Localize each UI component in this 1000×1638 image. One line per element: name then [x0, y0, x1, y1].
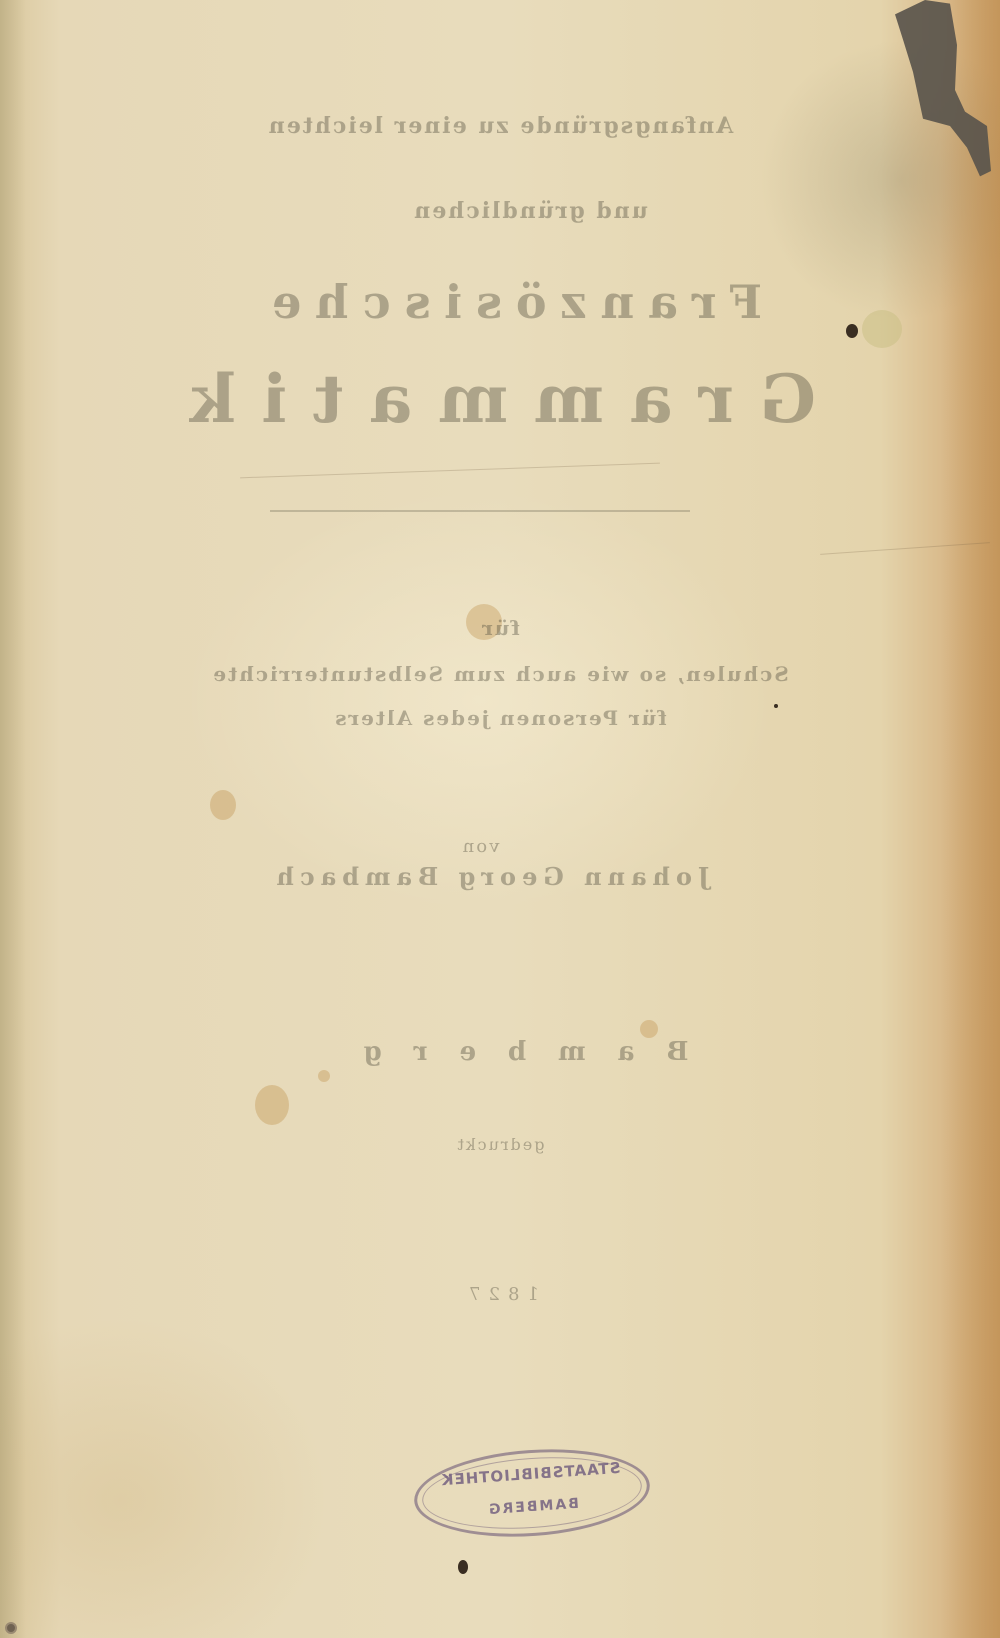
library-stamp: STAATSBIBLIOTHEK BAMBERG: [411, 1442, 652, 1544]
foxing-stain: [210, 790, 236, 820]
bleed-through-author: Johann Georg Bambach: [0, 862, 990, 891]
bleed-through-line-3: für: [0, 616, 1000, 640]
bleed-through-line-5: für Personen jedes Alters: [0, 706, 1000, 730]
bleed-through-title-line-1: Französische: [10, 275, 1000, 329]
foxing-stain: [255, 1085, 289, 1125]
bleed-through-line-2: und gründlichen: [30, 198, 1000, 224]
page-right-edge-discoloration: [940, 0, 1000, 1638]
bleed-through-year: 1827: [0, 1284, 1000, 1305]
scanned-page: Anfangsgründe zu einer leichten und grün…: [0, 0, 1000, 1638]
bleed-through-von: von: [0, 836, 980, 857]
corner-circle-mark: [5, 1622, 17, 1634]
ink-spot: [458, 1560, 468, 1574]
bleed-through-title-line-2: Grammatik: [0, 360, 990, 438]
foxing-stain: [318, 1070, 330, 1082]
bleed-through-divider: [270, 510, 690, 512]
bleed-through-line-4: Schulen, so wie auch zum Selbstunterrich…: [0, 662, 1000, 686]
bleed-through-misc: gedruckt: [0, 1135, 1000, 1154]
bleed-through-line-1: Anfangsgründe zu einer leichten: [0, 113, 1000, 139]
paper-crease: [240, 463, 660, 479]
page-left-edge-shadow: [0, 0, 26, 1638]
bleed-through-place: Bamberg: [10, 1037, 1000, 1067]
foxing-stain: [640, 1020, 658, 1038]
